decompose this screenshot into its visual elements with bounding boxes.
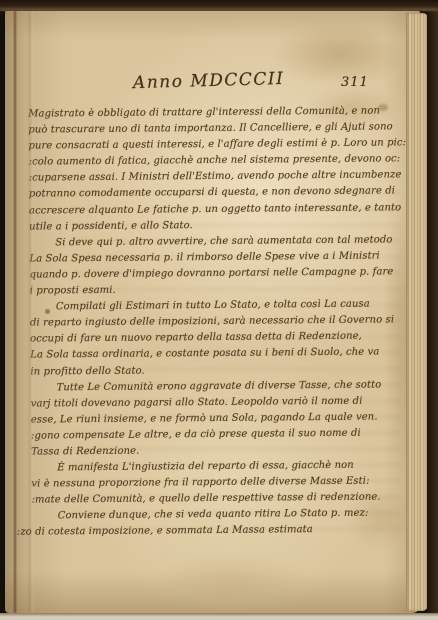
manuscript-line: :gono compensate Le altre, e da ciò pres…: [31, 425, 387, 444]
manuscript-line: :zo di cotesta imposizione, e sommata La…: [17, 522, 388, 541]
manuscript-line: quando p. dovere d'impiego dovranno port…: [30, 264, 386, 283]
book-cover-right-edge: [427, 0, 438, 620]
paper-stain: [155, 554, 305, 606]
page-number: 311: [341, 75, 369, 90]
manuscript-page-paper: Anno MDCCCII 311 Magistrato è obbligato …: [5, 9, 421, 613]
page-header: Anno MDCCCII 311: [5, 71, 421, 101]
manuscript-line: La Sola tassa ordinaria, e costante posa…: [30, 345, 386, 364]
manuscript-photo: Anno MDCCCII 311 Magistrato è obbligato …: [0, 0, 438, 620]
bottom-page-strip: [0, 613, 438, 620]
page-edge-stack: [406, 13, 428, 611]
cover-top-highlight: [0, 8, 438, 11]
gutter-crease: [13, 9, 17, 613]
manuscript-line: accrescere alquanto Le fatiche p. un ogg…: [29, 200, 385, 219]
manuscript-text: Magistrato è obbligato di trattare gl'in…: [28, 103, 388, 541]
gutter-fold: [28, 9, 34, 613]
year-heading: Anno MDCCCII: [133, 69, 285, 93]
